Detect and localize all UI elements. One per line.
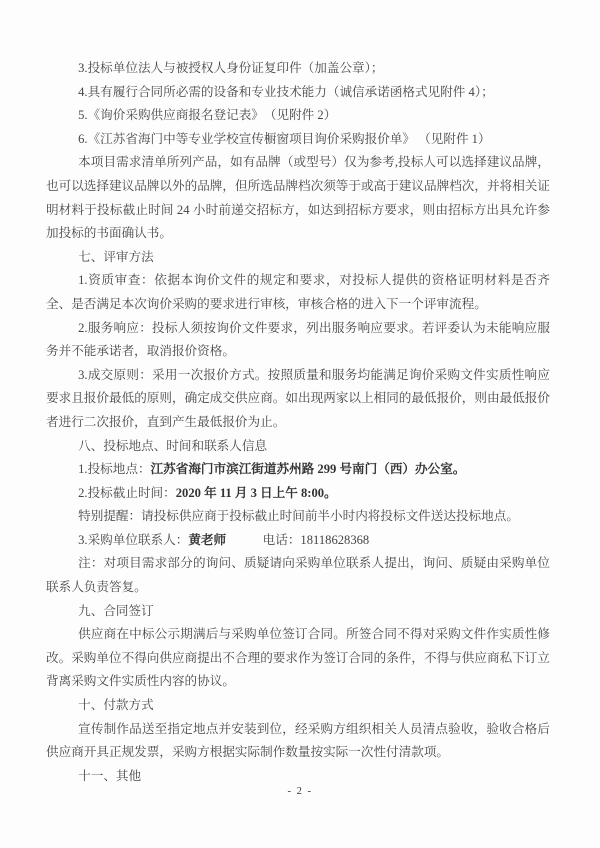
phone-label: 电话： — [263, 533, 301, 547]
list-item-3: 3.投标单位法人与被授权人身份证复印件（加盖公章）； — [46, 57, 550, 81]
paragraph-award-principle: 3.成交原则：采用一次报价方式。按照质量和服务均能满足询价采购文件实质性响应要求… — [46, 364, 550, 435]
line-contact: 3.采购单位联系人：黄老师电话：18118628368 — [46, 529, 550, 553]
contact-label: 3.采购单位联系人： — [78, 533, 188, 547]
line-special-reminder: 特别提醒：请投标供应商于投标截止时间前半小时内将投标文件送达投标地点。 — [46, 505, 550, 529]
phone-number: 18118628368 — [300, 533, 369, 547]
paragraph-qualification-review: 1.资质审查：依据本询价文件的规定和要求，对投标人提供的资格证明材料是否齐全、是… — [46, 269, 550, 316]
line-bid-deadline: 2.投标截止时间：2020 年 11 月 3 日上午 8:00。 — [46, 482, 550, 506]
section-heading-evaluation-method: 七、评审方法 — [46, 246, 550, 270]
paragraph-inquiry-note: 注：对项目需求部分的询问、质疑请向采购单位联系人提出，询问、质疑由采购单位联系人… — [46, 552, 550, 599]
paragraph-contract-signing: 供应商在中标公示期满后与采购单位签订合同。所签合同不得对采购文件作实质性修改。采… — [46, 623, 550, 694]
list-item-6: 6.《江苏省海门中等专业学校宣传橱窗项目询价采购报价单》 （见附件 1） — [46, 128, 550, 152]
bid-deadline-value: 2020 年 11 月 3 日上午 8:00。 — [176, 486, 337, 500]
contact-name: 黄老师 — [188, 533, 226, 547]
paragraph-payment-method: 宣传制作品送至指定地点并安装到位，经采购方组织相关人员清点验收，验收合格后供应商… — [46, 718, 550, 765]
paragraph-brand-rule: 本项目需求清单所列产品，如有品牌（或型号）仅为参考,投标人可以选择建议品牌，也可… — [46, 151, 550, 245]
section-heading-others: 十一、其他 — [46, 765, 550, 789]
bid-deadline-label: 2.投标截止时间： — [78, 486, 176, 500]
section-heading-payment-method: 十、付款方式 — [46, 694, 550, 718]
list-item-5: 5.《询价采购供应商报名登记表》 （见附件 2） — [46, 104, 550, 128]
page-number: - 2 - — [0, 786, 600, 797]
section-heading-contract-signing: 九、合同签订 — [46, 600, 550, 624]
paragraph-service-response: 2.服务响应：投标人须按询价文件要求，列出服务响应要求。若评委认为未能响应服务并… — [46, 317, 550, 364]
list-item-4: 4.具有履行合同所必需的设备和专业技术能力（诚信承诺函格式见附件 4）； — [46, 81, 550, 105]
bid-location-value: 江苏省海门市滨江街道苏州路 299 号南门（西）办公室。 — [151, 462, 466, 476]
line-bid-location: 1.投标地点：江苏省海门市滨江街道苏州路 299 号南门（西）办公室。 — [46, 458, 550, 482]
document-page: 3.投标单位法人与被授权人身份证复印件（加盖公章）； 4.具有履行合同所必需的设… — [0, 0, 600, 848]
bid-location-label: 1.投标地点： — [78, 462, 150, 476]
section-heading-bid-location-time-contact: 八、投标地点、时间和联系人信息 — [46, 435, 550, 459]
document-body: 3.投标单位法人与被授权人身份证复印件（加盖公章）； 4.具有履行合同所必需的设… — [46, 57, 550, 788]
